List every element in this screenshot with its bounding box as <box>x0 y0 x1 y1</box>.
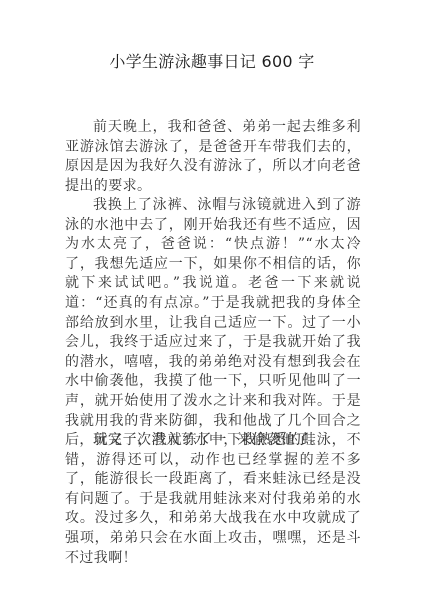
paragraph-3: 玩完了，我就练了一下我熟悉的蛙泳，不错，游得还可以，动作也已经掌握的差不多了，能… <box>65 431 361 568</box>
paragraph-1: 前天晚上，我和爸爸、弟弟一起去维多利亚游泳馆去游泳了，是爸爸开车带我们去的，原因… <box>65 118 361 196</box>
document-page: 小学生游泳趣事日记 600 字 前天晚上，我和爸爸、弟弟一起去维多利亚游泳馆去游… <box>0 0 424 600</box>
paragraph-2: 我换上了泳裤、泳帽与泳镜就进入到了游泳的水池中去了，刚开始我还有些不适应，因为水… <box>65 196 361 451</box>
document-title: 小学生游泳趣事日记 600 字 <box>0 52 424 72</box>
